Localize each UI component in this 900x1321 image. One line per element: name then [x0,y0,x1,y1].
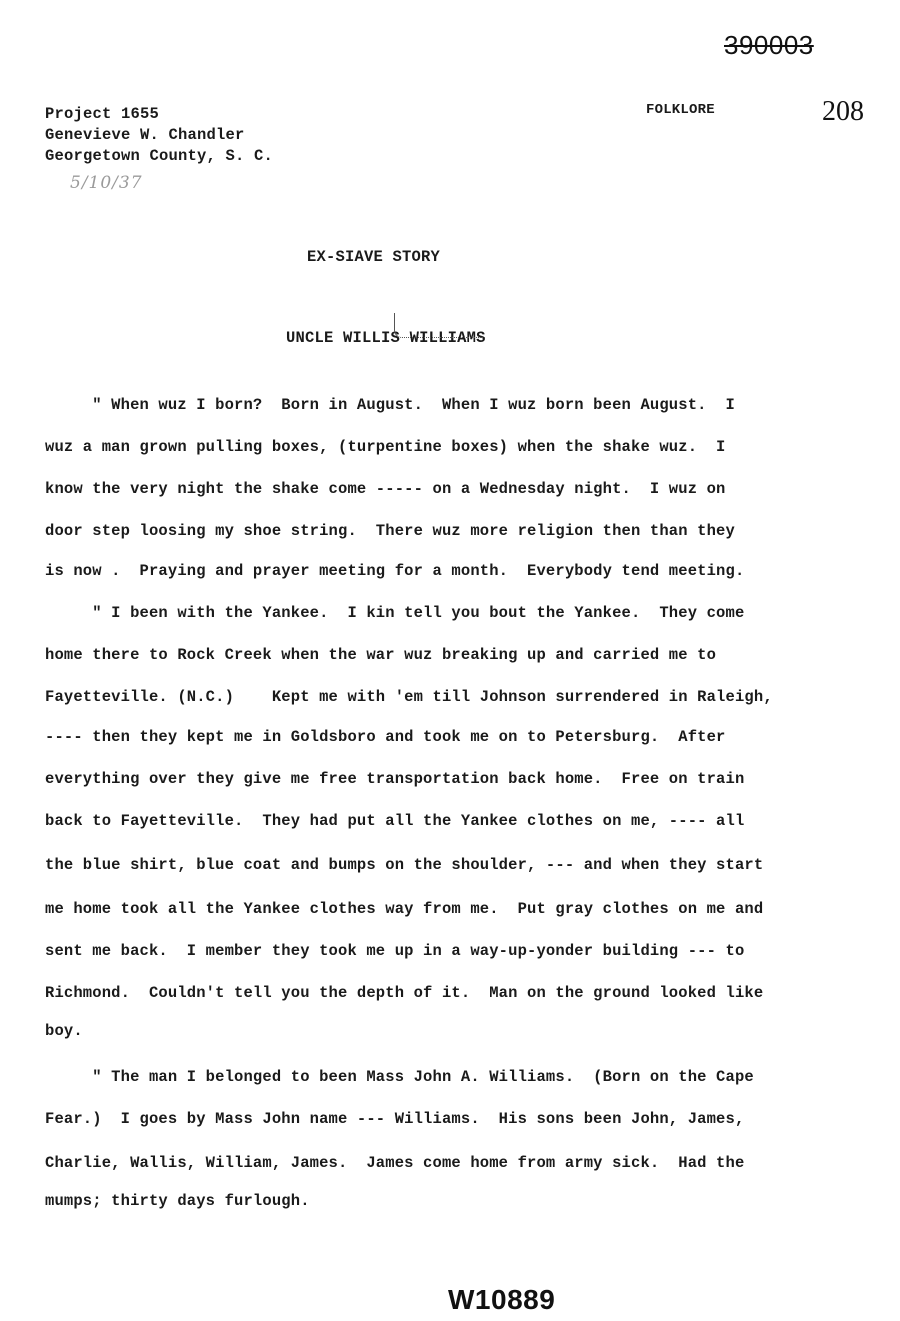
subject-first-name: UNCLE WILLIS [286,329,400,347]
category-label: FOLKLORE [646,102,715,118]
project-line: Project 1655 [45,105,159,123]
text-line: Charlie, Wallis, William, James. James c… [45,1154,744,1172]
text-line: Fear.) I goes by Mass John name --- Will… [45,1110,744,1128]
text-line: home there to Rock Creek when the war wu… [45,646,716,664]
page-number: 208 [822,96,864,128]
text-line: wuz a man grown pulling boxes, (turpenti… [45,438,726,456]
text-line: mumps; thirty days furlough. [45,1192,310,1210]
text-line: " When wuz I born? Born in August. When … [45,396,735,414]
document-heading: EX-SIAVE STORY [307,248,440,266]
text-line: boy. [45,1022,83,1040]
location-line: Georgetown County, S. C. [45,147,273,165]
text-line: " I been with the Yankee. I kin tell you… [45,604,744,622]
text-line: the blue shirt, blue coat and bumps on t… [45,856,763,874]
handwritten-underline-mark [394,313,485,338]
handwritten-date: 5/10/37 [70,173,143,193]
text-line: " The man I belonged to been Mass John A… [45,1068,754,1086]
author-line: Genevieve W. Chandler [45,126,245,144]
stamp-number: 390003 [724,30,814,61]
text-line: door step loosing my shoe string. There … [45,522,735,540]
text-line: is now . Praying and prayer meeting for … [45,562,744,580]
text-line: know the very night the shake come -----… [45,480,726,498]
text-line: Richmond. Couldn't tell you the depth of… [45,984,763,1002]
text-line: Fayetteville. (N.C.) Kept me with 'em ti… [45,688,773,706]
text-line: ---- then they kept me in Goldsboro and … [45,728,726,746]
text-line: back to Fayetteville. They had put all t… [45,812,744,830]
text-line: sent me back. I member they took me up i… [45,942,744,960]
text-line: me home took all the Yankee clothes way … [45,900,763,918]
document-id: W10889 [448,1284,555,1316]
text-line: everything over they give me free transp… [45,770,744,788]
